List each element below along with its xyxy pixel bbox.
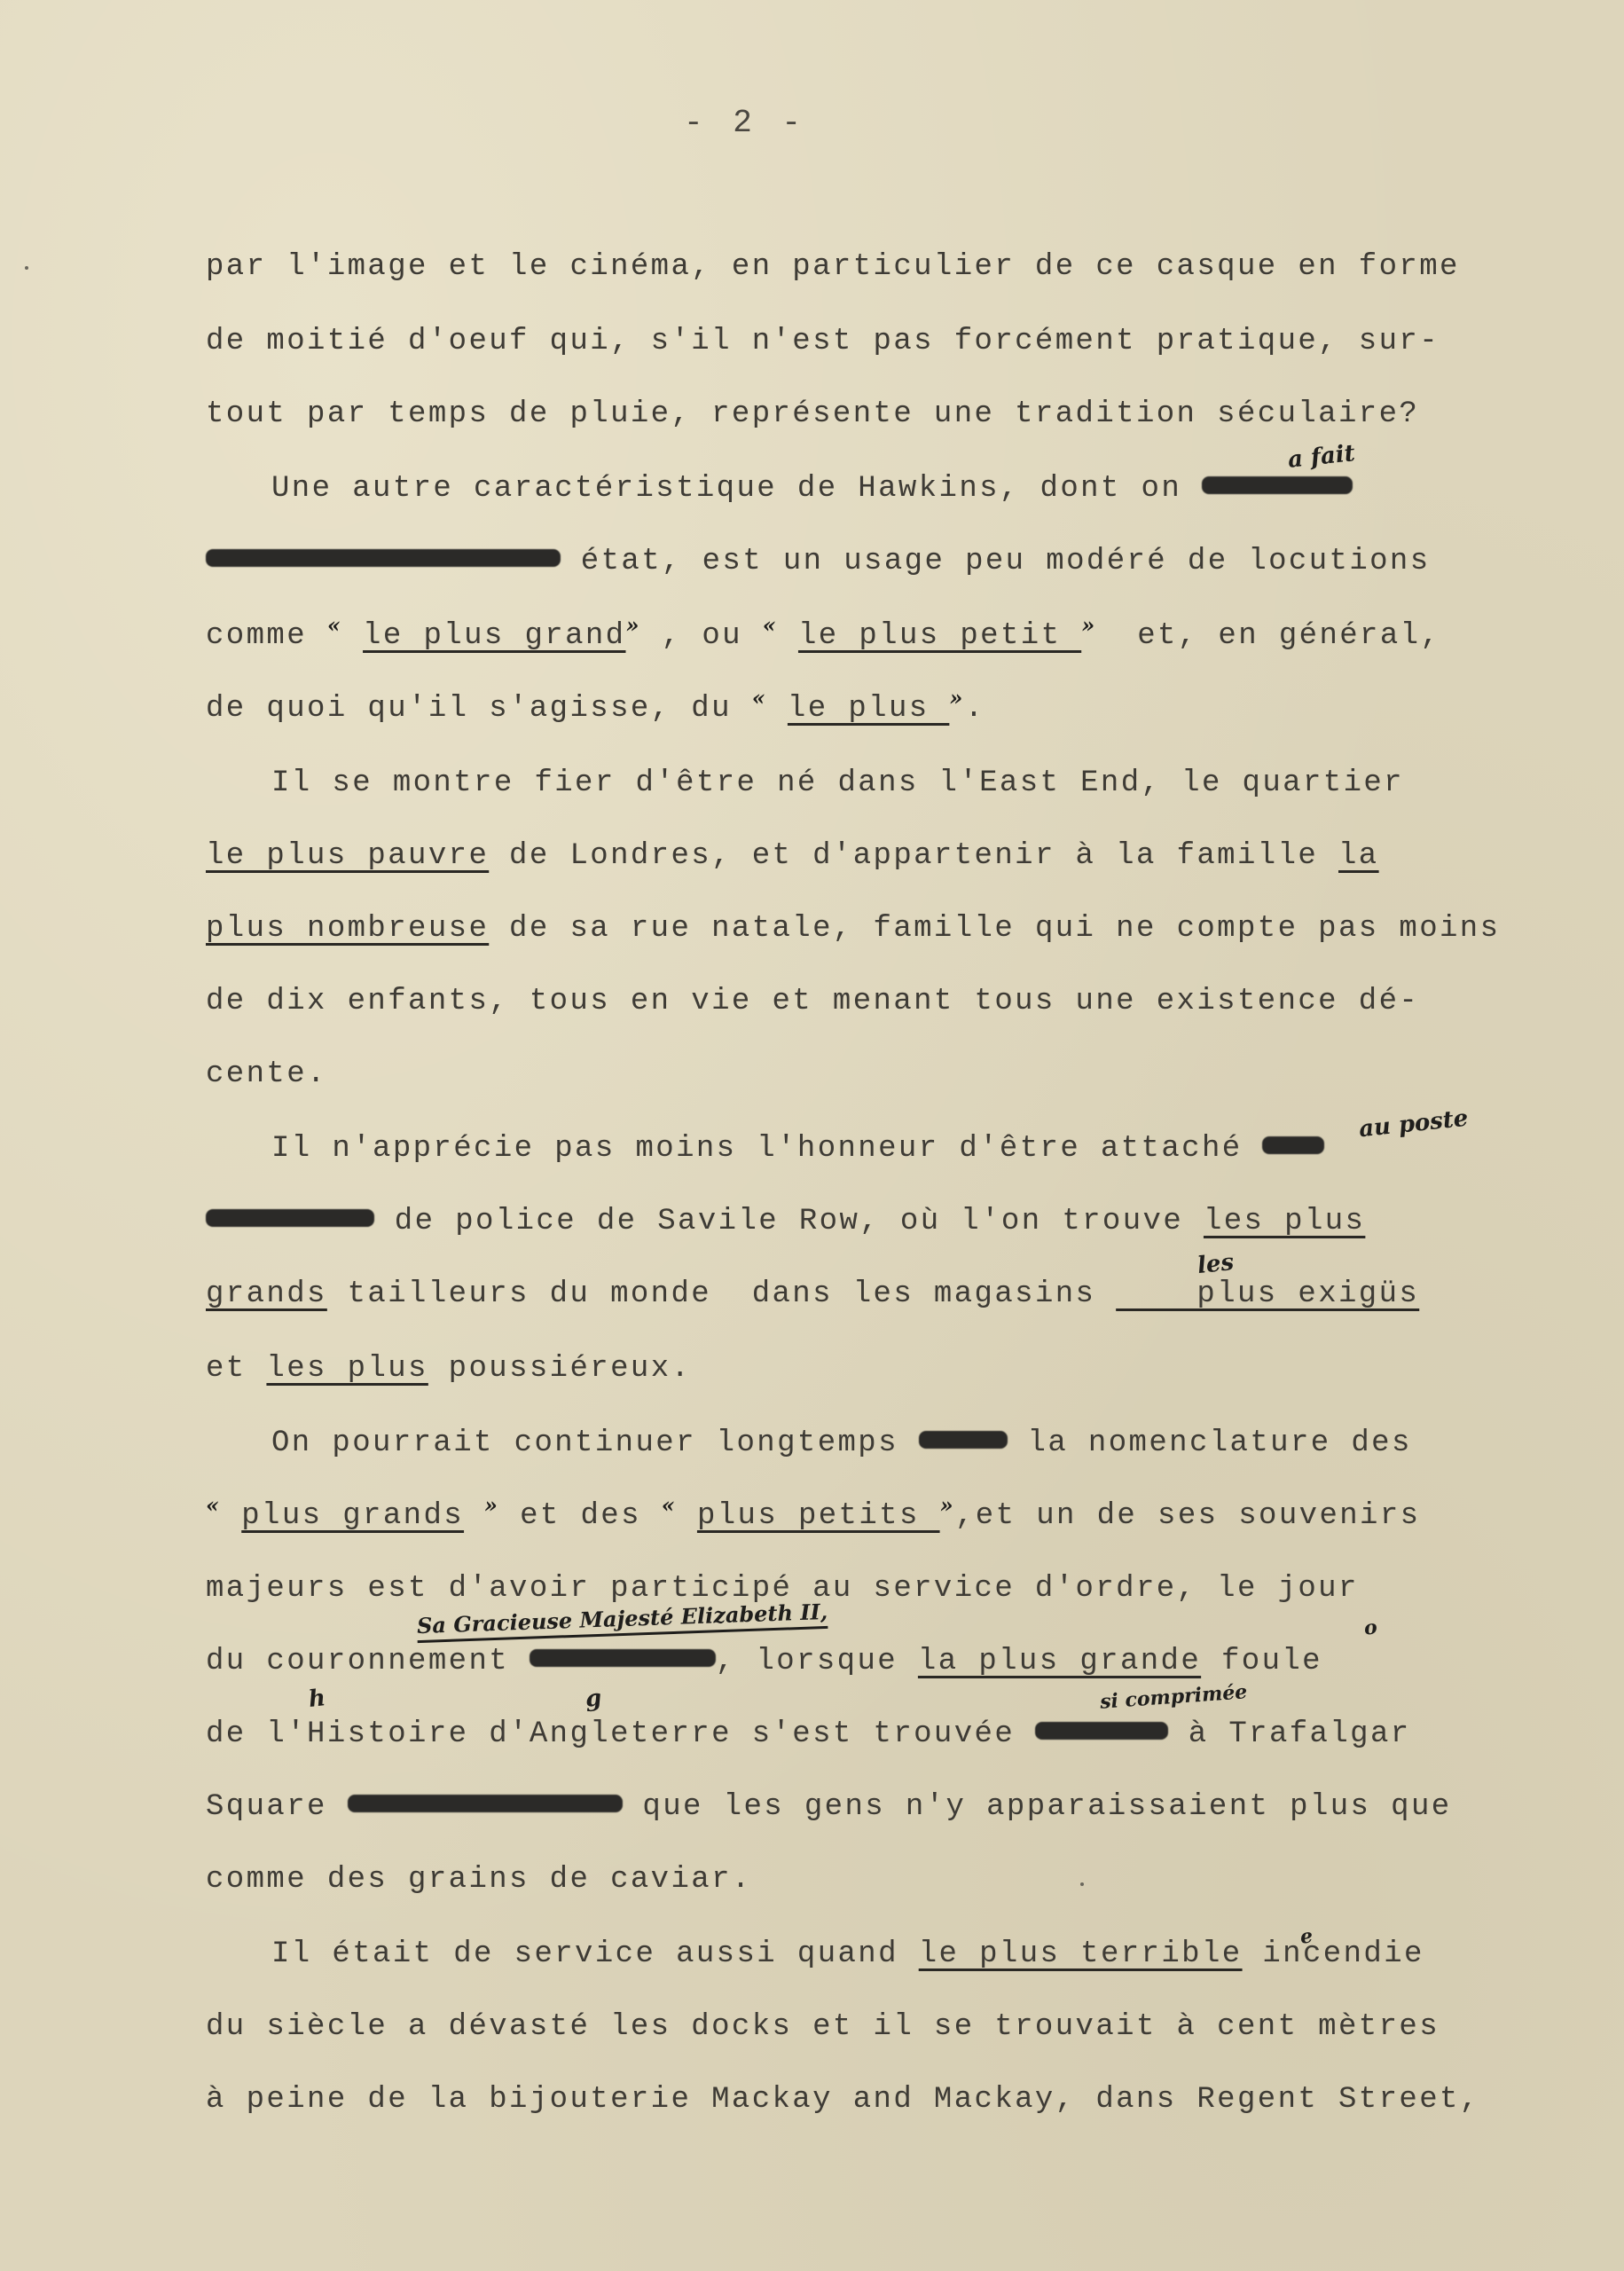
typed-text [342, 619, 363, 653]
struck-out-text: de la Reine [530, 1649, 716, 1667]
text-line: Une autre caractéristique de Hawkins, do… [271, 472, 1353, 506]
text-line: « plus grands » et des « plus petits »,e… [206, 1499, 1420, 1533]
handwritten-quote-mark: » [940, 1492, 955, 1518]
typed-text: à Trafalgar [1168, 1717, 1411, 1751]
typed-text: comme [206, 619, 327, 653]
typed-text: que les gens n'y apparaissaient plus que [623, 1790, 1452, 1824]
page-number: - 2 - [0, 105, 1490, 141]
typed-text: poussiéreux. [428, 1352, 691, 1386]
handwritten-quote-mark: » [484, 1492, 499, 1518]
handwritten-quote-mark: « [763, 612, 778, 638]
handwritten-correction-e: e [1299, 1924, 1314, 1948]
typed-text: Il n'apprécie pas moins l'honneur d'être… [271, 1132, 1262, 1166]
typed-text: Une autre caractéristique de Hawkins, do… [271, 472, 1202, 506]
handwritten-insert-au-poste: au poste [1358, 1105, 1470, 1143]
typed-text [464, 1499, 484, 1533]
typed-text [221, 1499, 241, 1533]
typed-text: Il était de service aussi quand [271, 1937, 919, 1971]
typed-text: et des [499, 1499, 661, 1533]
typed-text: On pourrait continuer longtemps [271, 1426, 919, 1460]
typed-text: de moitié d'oeuf qui, s'il n'est pas for… [206, 325, 1440, 358]
text-line: Square à tel point que les gens n'y appa… [206, 1790, 1452, 1824]
handwritten-quote-mark: « [662, 1492, 677, 1518]
handwritten-correction-g: g [584, 1685, 602, 1713]
underlined-text: le plus terrible [919, 1937, 1243, 1971]
text-line: du couronnement de la Reine, lorsque la … [206, 1645, 1322, 1678]
text-line: du siècle a dévasté les docks et il se t… [206, 2010, 1440, 2044]
text-line: comme des grains de caviar. [206, 1863, 752, 1897]
handwritten-quote-mark: « [327, 612, 342, 638]
text-line: plus nombreuse de sa rue natale, famille… [206, 912, 1500, 946]
text-line: le plus pauvre de Londres, et d'apparten… [206, 839, 1379, 873]
struck-out-text: à tel point [348, 1795, 623, 1812]
text-line: à peine de la bijouterie Mackay and Mack… [206, 2083, 1480, 2117]
underlined-text: la plus grande [918, 1645, 1201, 1678]
struck-out-text: réunie [1035, 1722, 1168, 1740]
typed-text: Il se montre fier d'être né dans l'East … [271, 766, 1404, 800]
struck-out-text: manqué de faire [206, 549, 561, 567]
handwritten-insert-si-comprimee: si comprimée [1099, 1680, 1248, 1714]
text-line: Il était de service aussi quand le plus … [271, 1937, 1424, 1971]
text-line: et les plus poussiéreux. [206, 1352, 691, 1386]
typed-text: et, en général, [1097, 619, 1441, 653]
typed-text: état, est un usage peu modéré de locutio… [561, 545, 1431, 578]
text-line: tout par temps de pluie, représente une … [206, 397, 1419, 431]
handwritten-quote-mark: » [626, 612, 641, 638]
underlined-text: les plus [266, 1352, 428, 1386]
underlined-text: les plus [1204, 1205, 1365, 1238]
underlined-text: le plus pauvre [206, 839, 489, 873]
underlined-text: grands [206, 1277, 327, 1311]
handwritten-insert-a-fait: a fait [1287, 440, 1357, 474]
struck-out-text: n'a jamais [1202, 476, 1353, 494]
struck-out-text: ainsi [919, 1431, 1008, 1449]
struck-out-text: à la [1262, 1136, 1324, 1154]
typed-text [767, 692, 788, 726]
text-line: par l'image et le cinéma, en particulier… [206, 250, 1460, 284]
typed-text: ,et un de ses souvenirs [955, 1499, 1420, 1533]
text-line: Il se montre fier d'être né dans l'East … [271, 766, 1404, 800]
typed-text: de quoi qu'il s'agisse, du [206, 692, 752, 726]
typed-text: comme des grains de caviar. [206, 1863, 752, 1897]
typed-text: tout par temps de pluie, représente une … [206, 397, 1419, 431]
typed-text: de l'Histoire d'Angleterre s'est trouvée [206, 1717, 1035, 1751]
typed-text: du couronnement [206, 1645, 530, 1678]
underlined-text: le plus grand [363, 619, 625, 653]
typed-text: de police de Savile Row, où l'on trouve [374, 1205, 1204, 1238]
handwritten-correction-h: h [307, 1685, 326, 1713]
text-line: Il n'apprécie pas moins l'honneur d'être… [271, 1132, 1324, 1166]
typed-text [677, 1499, 697, 1533]
typed-text: de sa rue natale, famille qui ne compte … [489, 912, 1500, 946]
handwritten-quote-mark: « [752, 685, 767, 711]
text-line: de l'Histoire d'Angleterre s'est trouvée… [206, 1717, 1411, 1751]
underlined-text: plus grands [241, 1499, 464, 1533]
typed-text [778, 619, 798, 653]
typed-text: et [206, 1352, 266, 1386]
typed-text: par l'image et le cinéma, en particulier… [206, 250, 1460, 284]
handwritten-correction-o: o [1363, 1615, 1378, 1639]
paper-speck [25, 266, 28, 270]
text-line: comme « le plus grand» , ou « le plus pe… [206, 619, 1440, 653]
typed-text: à peine de la bijouterie Mackay and Mack… [206, 2083, 1480, 2117]
typed-text: foule [1201, 1645, 1322, 1678]
underlined-text: la [1338, 839, 1379, 873]
typed-text: du siècle a dévasté les docks et il se t… [206, 2010, 1440, 2044]
text-line: station de police de Savile Row, où l'on… [206, 1205, 1365, 1238]
text-line: de moitié d'oeuf qui, s'il n'est pas for… [206, 325, 1440, 358]
underlined-text: le plus [788, 692, 949, 726]
typed-text: tailleurs du monde dans les magasins [327, 1277, 1116, 1311]
typed-text: . [965, 692, 985, 726]
text-line: de quoi qu'il s'agisse, du « le plus ». [206, 692, 985, 726]
handwritten-insert-les: les [1196, 1249, 1236, 1279]
typed-text: Square [206, 1790, 348, 1824]
text-line: manqué de faire état, est un usage peu m… [206, 545, 1431, 578]
handwritten-quote-mark: » [949, 685, 964, 711]
typewritten-page: - 2 - par l'image et le cinéma, en parti… [0, 0, 1624, 2271]
paper-speck [1080, 1882, 1084, 1886]
typed-text: de Londres, et d'appartenir à la famille [489, 839, 1338, 873]
handwritten-quote-mark: » [1081, 612, 1096, 638]
text-line: grands tailleurs du monde dans les magas… [206, 1277, 1419, 1311]
text-line: de dix enfants, tous en vie et menant to… [206, 985, 1419, 1018]
text-line: cente. [206, 1057, 327, 1091]
underlined-text: plus exigüs [1116, 1277, 1419, 1311]
handwritten-quote-mark: « [206, 1492, 221, 1518]
typed-text: incendie [1243, 1937, 1424, 1971]
struck-out-text: station [206, 1209, 374, 1227]
typed-text: de dix enfants, tous en vie et menant to… [206, 985, 1419, 1018]
typed-text: cente. [206, 1057, 327, 1091]
underlined-text: plus petits [697, 1499, 940, 1533]
text-line: On pourrait continuer longtemps ainsi la… [271, 1426, 1412, 1460]
underlined-text: plus nombreuse [206, 912, 489, 946]
typed-text: , ou [641, 619, 763, 653]
typed-text: la nomenclature des [1008, 1426, 1412, 1460]
underlined-text: le plus petit [798, 619, 1081, 653]
